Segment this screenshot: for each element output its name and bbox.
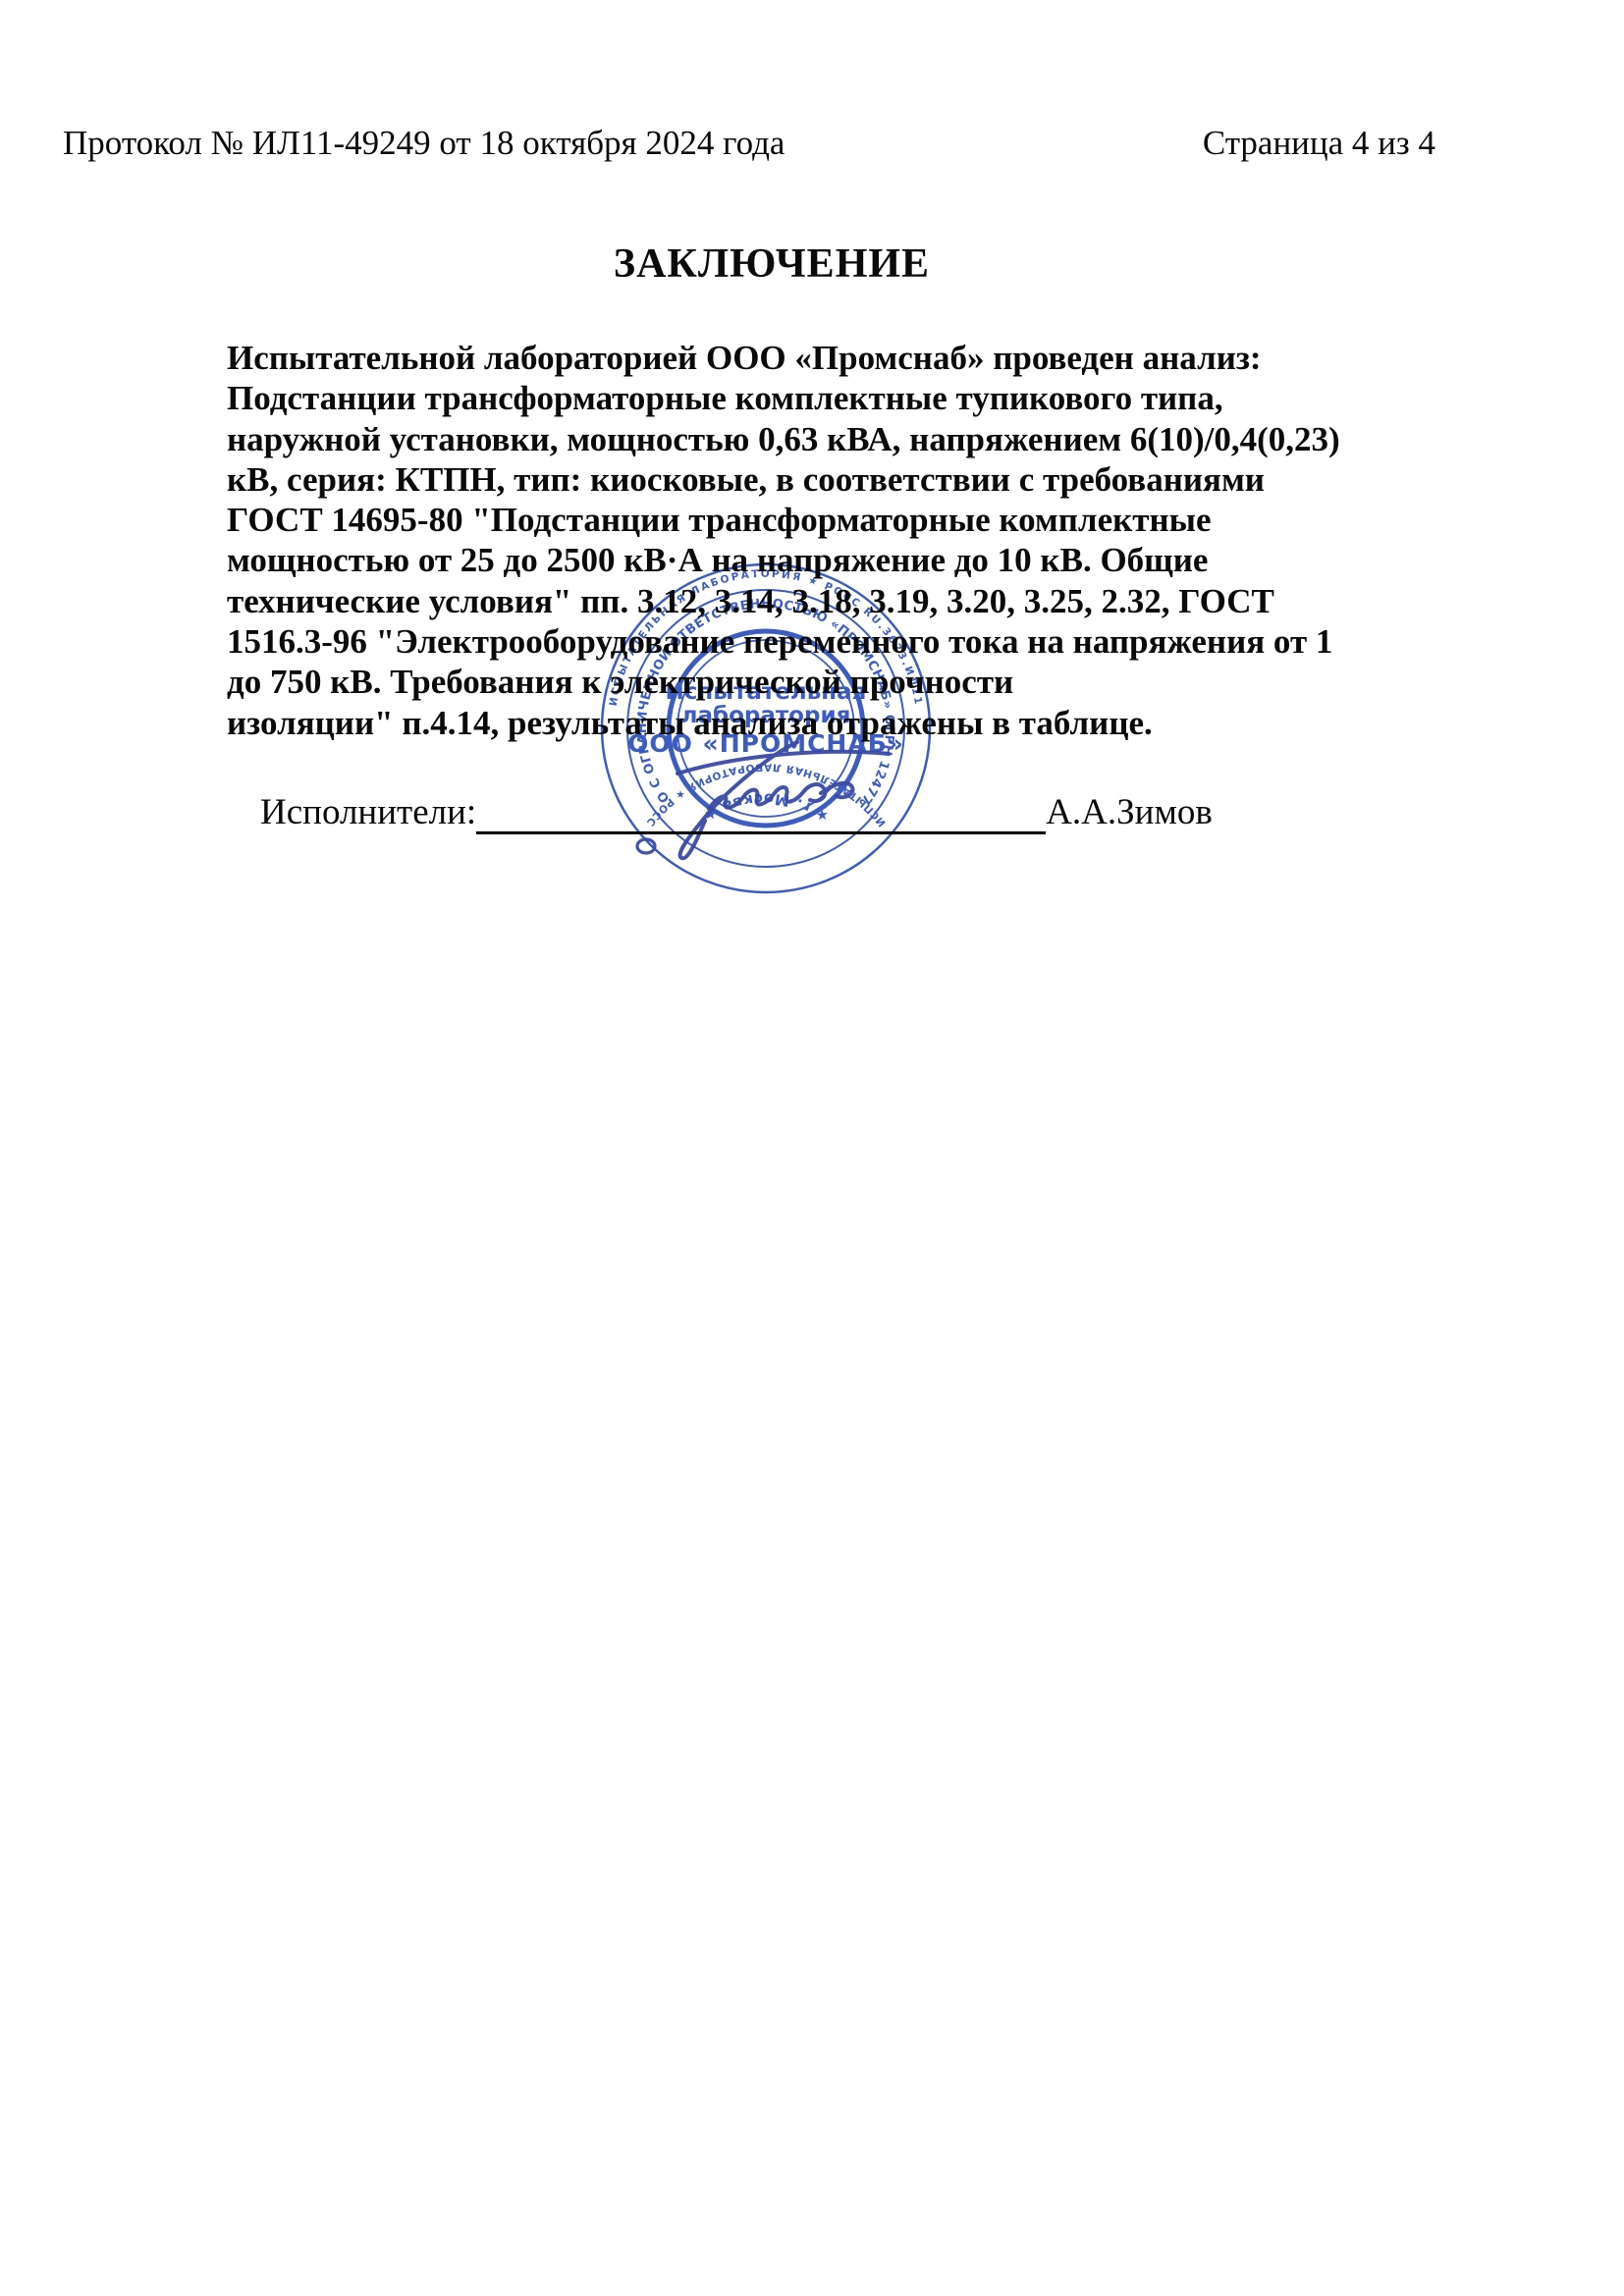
body-line: ГОСТ 14695-80 "Подстанции трансформаторн… <box>227 500 1340 540</box>
stamp-outer-circle <box>602 564 930 892</box>
stamp-city-text: ★ г. Москва ★ <box>699 790 833 827</box>
body-line: Подстанции трансформаторные комплектные … <box>227 378 1340 418</box>
document-page: Протокол № ИЛ11-49249 от 18 октября 2024… <box>0 0 1624 2296</box>
page-counter: Страница 4 из 4 <box>1203 124 1435 163</box>
body-line: Испытательной лабораторией ООО «Промснаб… <box>227 338 1340 378</box>
executors-label: Исполнители: <box>260 791 476 834</box>
stamp-center-line2: лаборатория <box>681 703 851 728</box>
company-round-stamp: ИСПЫТАТЕЛЬНАЯ ЛАБОРАТОРИЯ ★ РОСС RU.3623… <box>595 558 937 899</box>
stamp-center-line1: Испытательная <box>666 679 867 705</box>
conclusion-title: ЗАКЛЮЧЕНИЕ <box>226 241 1318 287</box>
body-line: наружной установки, мощностью 0,63 кВА, … <box>227 419 1340 459</box>
protocol-number: Протокол № ИЛ11-49249 от 18 октября 2024… <box>63 124 785 163</box>
body-line: кВ, серия: КТПН, тип: киосковые, в соотв… <box>227 459 1340 500</box>
page-header: Протокол № ИЛ11-49249 от 18 октября 2024… <box>63 124 1435 163</box>
executor-name: А.А.Зимов <box>1046 791 1213 834</box>
